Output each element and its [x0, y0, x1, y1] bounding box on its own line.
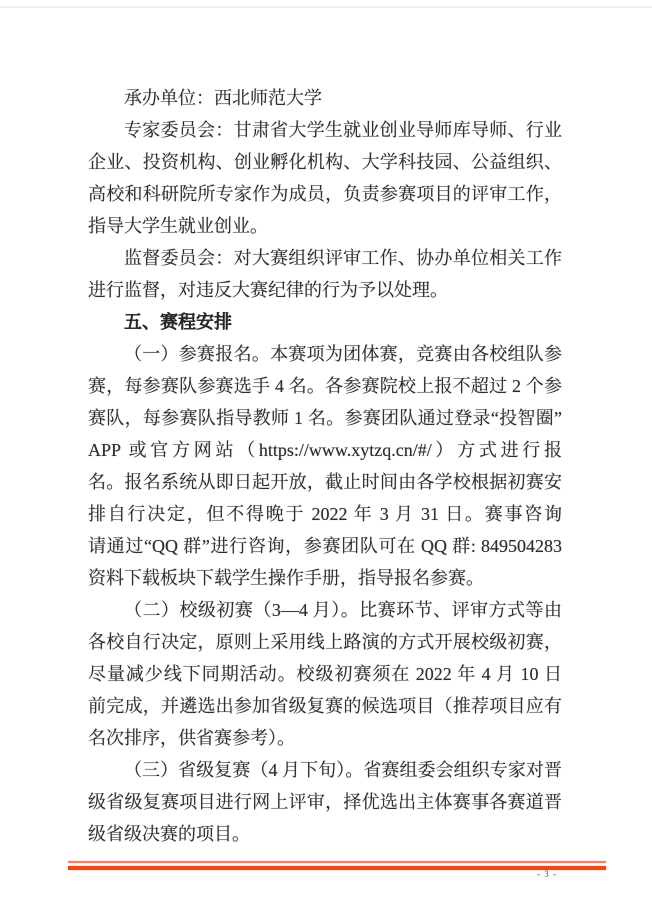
doc-line: 名。报名系统从即日起开放，截止时间由各学校根据初赛安: [88, 466, 562, 498]
doc-line: 资料下载板块下载学生操作手册，指导报名参赛。: [88, 562, 562, 594]
doc-line: 尽量减少线下同期活动。校级初赛须在 2022 年 4 月 10 日: [88, 658, 562, 690]
doc-line: 赛，每参赛队参赛选手 4 名。各参赛院校上报不超过 2 个参: [88, 370, 562, 402]
doc-line: 各校自行决定，原则上采用线上路演的方式开展校级初赛，: [88, 626, 562, 658]
doc-line-qq-group: 请通过“QQ 群”进行咨询，参赛团队可在 QQ 群: 849504283: [88, 530, 562, 562]
doc-line: 赛队，每参赛队指导教师 1 名。参赛团队通过登录“投智圈”: [88, 402, 562, 434]
section-heading-schedule: 五、赛程安排: [88, 306, 562, 338]
document-body: 承办单位：西北师范大学 专家委员会：甘肃省大学生就业创业导师库导师、行业 企业、…: [88, 82, 562, 850]
footer-rule-thick: [68, 866, 606, 870]
doc-line: 进行监督，对违反大赛纪律的行为予以处理。: [88, 274, 562, 306]
doc-line-organizer: 承办单位：西北师范大学: [88, 82, 562, 114]
scan-edge-artifact: [0, 6, 652, 8]
doc-line: 排自行决定，但不得晚于 2022 年 3 月 31 日。赛事咨询: [88, 498, 562, 530]
doc-line: 高校和科研院所专家作为成员，负责参赛项目的评审工作，: [88, 178, 562, 210]
doc-line-item1-registration: （一）参赛报名。本赛项为团体赛，竞赛由各校组队参: [88, 338, 562, 370]
footer-rule-thin: [68, 861, 606, 863]
page-number: - 3 -: [527, 869, 567, 879]
doc-line: 名次排序，供省赛参考）。: [88, 722, 562, 754]
doc-line: 级省级决赛的项目。: [88, 818, 562, 850]
doc-line-website-url: APP 或官方网站（https://www.xytzq.cn/#/）方式进行报: [88, 434, 562, 466]
doc-line: 前完成，并遴选出参加省级复赛的候选项目（推荐项目应有: [88, 690, 562, 722]
doc-line: 级省级复赛项目进行网上评审，择优选出主体赛事各赛道晋: [88, 786, 562, 818]
doc-line-item3-semifinal: （三）省级复赛（4 月下旬）。省赛组委会组织专家对晋: [88, 754, 562, 786]
doc-line: 企业、投资机构、创业孵化机构、大学科技园、公益组织、: [88, 146, 562, 178]
doc-line-supervision: 监督委员会：对大赛组织评审工作、协办单位相关工作: [88, 242, 562, 274]
doc-line-expert-committee: 专家委员会：甘肃省大学生就业创业导师库导师、行业: [88, 114, 562, 146]
doc-line-item2-preliminary: （二）校级初赛（3—4 月）。比赛环节、评审方式等由: [88, 594, 562, 626]
doc-line: 指导大学生就业创业。: [88, 210, 562, 242]
document-page: 承办单位：西北师范大学 专家委员会：甘肃省大学生就业创业导师库导师、行业 企业、…: [0, 0, 652, 903]
